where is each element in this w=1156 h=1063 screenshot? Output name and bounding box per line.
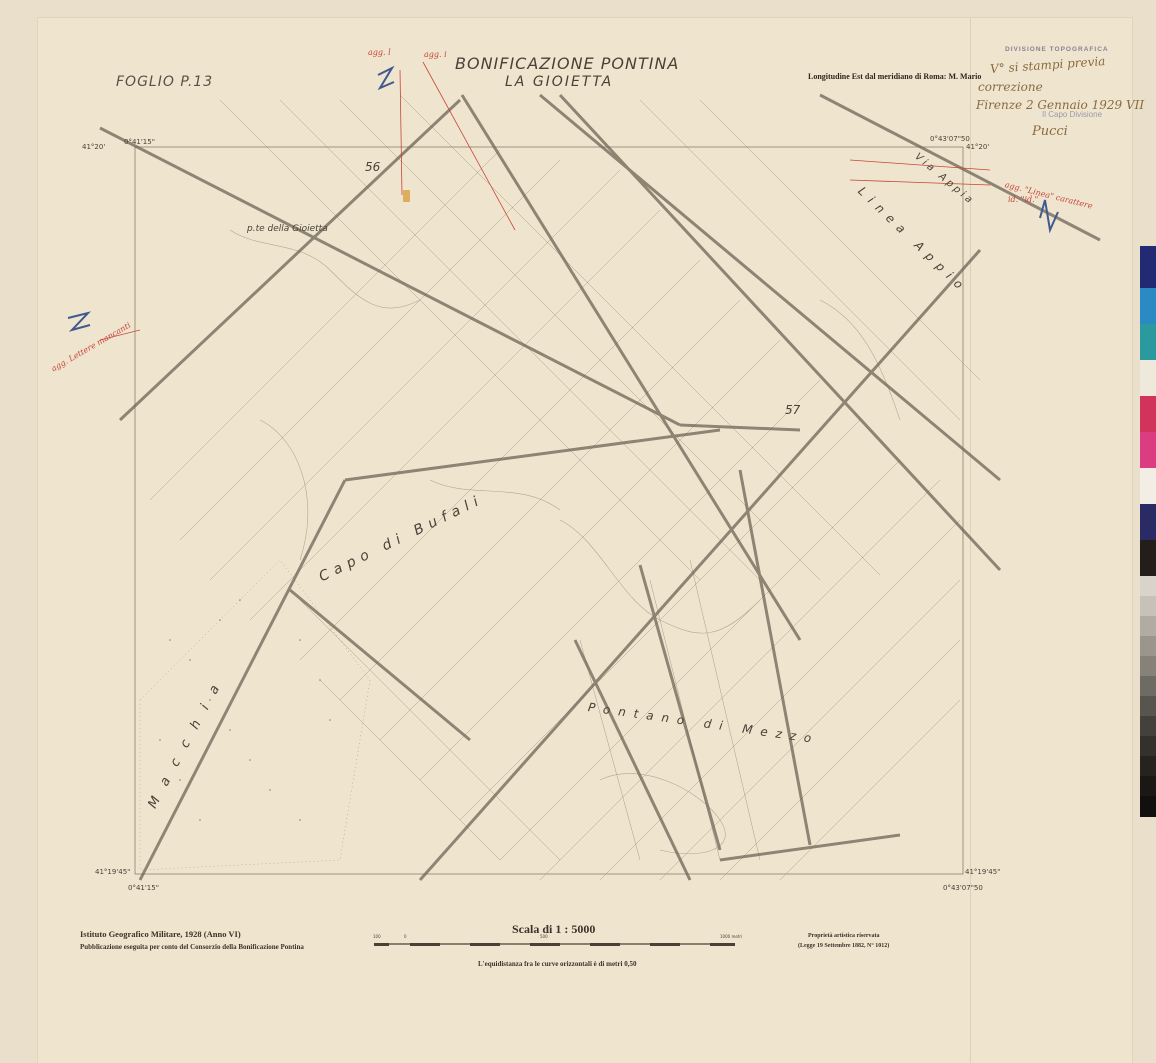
rights-note: Proprietà artistica riservata (808, 933, 880, 939)
coord-bottom-right-lat: 41°19'45" (965, 868, 1000, 876)
publication-note: Pubblicazione eseguita per conto del Con… (80, 943, 304, 951)
contour-interval-note: L'equidistanza fra le curve orizzontali … (478, 960, 636, 968)
scale-tick-first: 100 (373, 934, 381, 939)
red-annotation-right-2: id. "id." (1008, 195, 1038, 204)
color-calibration-strip (1140, 246, 1156, 901)
law-note: (Legge 19 Settembre 1882, N° 1012) (798, 943, 889, 949)
coord-top-right-lat: 41°20' (966, 143, 989, 151)
scale-label: Scala di 1 : 5000 (512, 922, 595, 937)
red-annotation-top-2: agg. i (424, 50, 447, 59)
chief-label: Il Capo Divisione (1042, 110, 1102, 119)
scale-tick-500: 500 (540, 934, 548, 939)
label-57: 57 (785, 403, 800, 417)
coord-top-left-lon: 0°41'15" (124, 138, 155, 146)
map-drawing (0, 0, 1156, 1063)
longitude-note: Longitudine Est dal meridiano di Roma: M… (808, 72, 981, 81)
scale-tick-end: 1000 metri (720, 934, 742, 939)
coord-bottom-right-lon: 0°43'07"50 (943, 884, 983, 892)
coord-top-left-lat: 41°20' (82, 143, 105, 151)
sheet-number: FOGLIO P.13 (116, 74, 213, 90)
map-title: BONIFICAZIONE PONTINA (455, 54, 679, 73)
publisher-line: Istituto Geografico Militare, 1928 (Anno… (80, 929, 241, 939)
red-annotation-top-1: agg. l (368, 48, 391, 57)
scale-tick-zero: 0 (404, 934, 407, 939)
map-subtitle: LA GIOIETTA (505, 74, 613, 90)
division-stamp: DIVISIONE TOPOGRAFICA (1005, 46, 1109, 53)
coord-top-right-lon: 0°43'07"50 (930, 135, 970, 143)
signature: Pucci (1032, 124, 1068, 139)
coord-bottom-left-lon: 0°41'15" (128, 884, 159, 892)
label-ponte-gioietta: p.te della Gioietta (247, 224, 328, 234)
coord-bottom-left-lat: 41°19'45" (95, 868, 130, 876)
label-56: 56 (365, 160, 380, 174)
approval-note-line2: correzione (978, 80, 1043, 94)
